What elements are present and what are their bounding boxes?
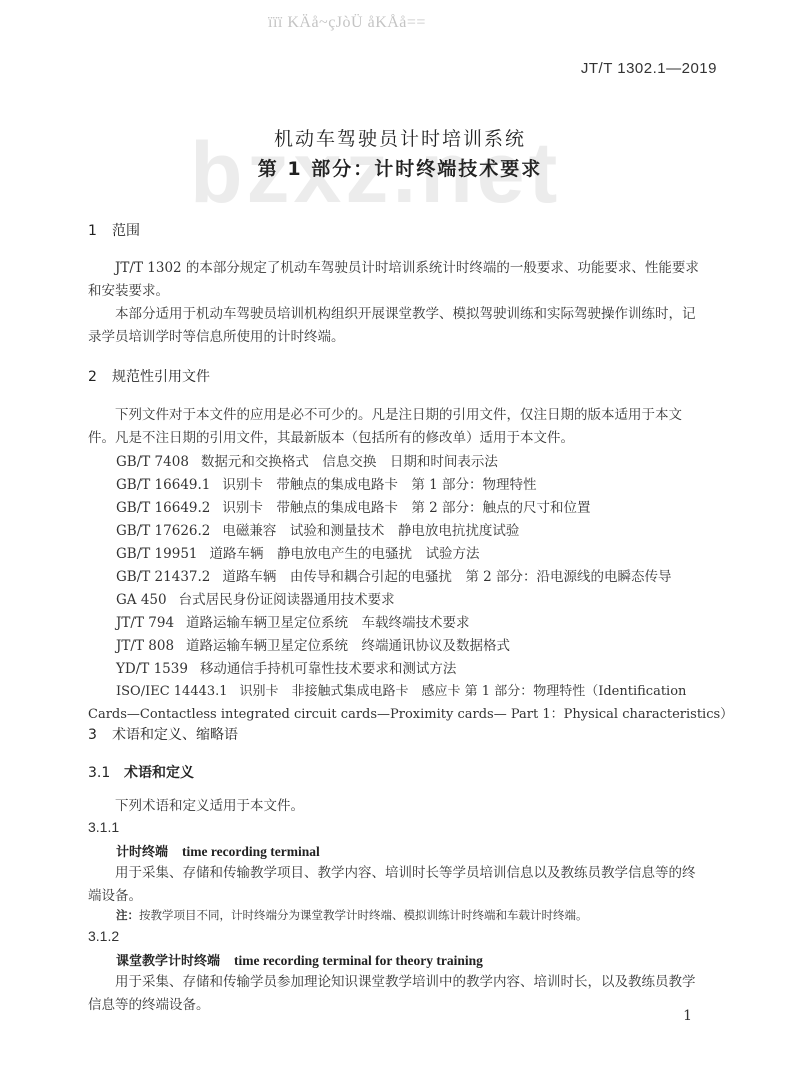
- section-number: 3: [88, 727, 112, 743]
- reference-item: GB/T 16649.2识别卡 带触点的集成电路卡 第 2 部分：触点的尺寸和位…: [116, 496, 591, 516]
- reference-code: YD/T 1539: [116, 661, 188, 677]
- term-zh: 计时终端: [116, 845, 168, 860]
- scope-para-2-line-1: 本部分适用于机动车驾驶员培训机构组织开展课堂教学、模拟驾驶训练和实际驾驶操作训练…: [88, 303, 714, 326]
- term-en: time recording terminal: [182, 844, 320, 859]
- reference-title: 移动通信手持机可靠性技术要求和测试方法: [200, 661, 457, 677]
- section-number: 1: [88, 223, 112, 239]
- reference-title: 数据元和交换格式 信息交换 日期和时间表示法: [201, 454, 498, 470]
- term-definition-line-2: 信息等的终端设备。: [88, 994, 714, 1017]
- document-subtitle: 第 1 部分：计时终端技术要求: [0, 154, 800, 181]
- section-number: 2: [88, 369, 112, 385]
- reference-title: 识别卡 带触点的集成电路卡 第 1 部分：物理特性: [222, 477, 536, 493]
- reference-title: 道路运输车辆卫星定位系统 车载终端技术要求: [186, 615, 470, 631]
- reference-title: 电磁兼容 试验和测量技术 静电放电抗扰度试验: [222, 523, 519, 539]
- reference-title: 道路运输车辆卫星定位系统 终端通讯协议及数据格式: [186, 638, 510, 654]
- term-heading: 计时终端time recording terminal: [116, 841, 320, 860]
- reference-code: GB/T 16649.1: [116, 477, 210, 493]
- standard-code: JT/T 1302.1—2019: [581, 60, 717, 77]
- references-intro-line-1: 下列文件对于本文件的应用是必不可少的。凡是注日期的引用文件，仅注日期的版本适用于…: [88, 404, 714, 427]
- term-zh: 课堂教学计时终端: [116, 954, 220, 969]
- reference-code: JT/T 808: [116, 638, 174, 654]
- reference-code: GB/T 21437.2: [116, 569, 210, 585]
- section-3-1-heading: 3.1术语和定义: [88, 762, 194, 782]
- scope-para-1-line-2: 和安装要求。: [88, 280, 714, 303]
- note-label: 注：: [116, 908, 139, 922]
- reference-title: 台式居民身份证阅读器通用技术要求: [179, 592, 395, 608]
- section-1-heading: 1范围: [88, 220, 140, 240]
- reference-item: GB/T 17626.2电磁兼容 试验和测量技术 静电放电抗扰度试验: [116, 519, 519, 539]
- scope-para-2-line-2: 录学员培训学时等信息所使用的计时终端。: [88, 326, 714, 349]
- reference-code: GA 450: [116, 592, 167, 608]
- reference-item: YD/T 1539移动通信手持机可靠性技术要求和测试方法: [116, 657, 456, 677]
- document-title: 机动车驾驶员计时培训系统: [0, 124, 800, 151]
- reference-continuation: Cards—Contactless integrated circuit car…: [88, 703, 733, 722]
- reference-title: 道路车辆 静电放电产生的电骚扰 试验方法: [210, 546, 480, 562]
- reference-item: JT/T 808道路运输车辆卫星定位系统 终端通讯协议及数据格式: [116, 634, 510, 654]
- reference-item: JT/T 794道路运输车辆卫星定位系统 车载终端技术要求: [116, 611, 470, 631]
- terms-intro: 下列术语和定义适用于本文件。: [88, 795, 714, 818]
- reference-code: GB/T 19951: [116, 546, 198, 562]
- reference-title: 道路车辆 由传导和耦合引起的电骚扰 第 2 部分：沿电源线的电瞬态传导: [222, 569, 671, 585]
- section-3-heading: 3术语和定义、缩略语: [88, 724, 238, 744]
- reference-code: GB/T 16649.2: [116, 500, 210, 516]
- section-title: 规范性引用文件: [112, 369, 210, 385]
- reference-item: GB/T 19951道路车辆 静电放电产生的电骚扰 试验方法: [116, 542, 480, 562]
- term-definition-line-1: 用于采集、存储和传输学员参加理论知识课堂教学培训中的教学内容、培训时长，以及教练…: [88, 971, 714, 994]
- reference-title: 识别卡 带触点的集成电路卡 第 2 部分：触点的尺寸和位置: [222, 500, 590, 516]
- term-heading: 课堂教学计时终端time recording terminal for theo…: [116, 950, 483, 969]
- term-note: 注：按教学项目不同，计时终端分为课堂教学计时终端、模拟训练计时终端和车载计时终端…: [116, 907, 588, 923]
- reference-code: ISO/IEC 14443.1: [116, 684, 228, 699]
- reference-item: ISO/IEC 14443.1识别卡 非接触式集成电路卡 感应卡 第 1 部分：…: [116, 680, 686, 699]
- note-text: 按教学项目不同，计时终端分为课堂教学计时终端、模拟训练计时终端和车载计时终端。: [139, 908, 588, 922]
- reference-code: GB/T 7408: [116, 454, 189, 470]
- header-garbled-text: ïïï KÄå~çJòÜ åKÅå==: [268, 14, 426, 32]
- reference-item: GB/T 21437.2道路车辆 由传导和耦合引起的电骚扰 第 2 部分：沿电源…: [116, 565, 672, 585]
- section-title: 术语和定义: [124, 765, 194, 781]
- clause-number: 3.1.1: [88, 819, 119, 835]
- reference-item: GB/T 16649.1识别卡 带触点的集成电路卡 第 1 部分：物理特性: [116, 473, 537, 493]
- term-definition-line-1: 用于采集、存储和传输教学项目、教学内容、培训时长等学员培训信息以及教练员教学信息…: [88, 862, 714, 885]
- scope-para-1-line-1: JT/T 1302 的本部分规定了机动车驾驶员计时培训系统计时终端的一般要求、功…: [88, 257, 714, 280]
- section-title: 范围: [112, 223, 140, 239]
- section-title: 术语和定义、缩略语: [112, 727, 238, 743]
- clause-number: 3.1.2: [88, 928, 119, 944]
- section-number: 3.1: [88, 765, 124, 781]
- reference-item: GB/T 7408数据元和交换格式 信息交换 日期和时间表示法: [116, 450, 498, 470]
- reference-title: 识别卡 非接触式集成电路卡 感应卡 第 1 部分：物理特性（Identifica…: [240, 684, 687, 699]
- reference-code: GB/T 17626.2: [116, 523, 210, 539]
- reference-item: GA 450台式居民身份证阅读器通用技术要求: [116, 588, 395, 608]
- references-intro-line-2: 件。凡是不注日期的引用文件，其最新版本（包括所有的修改单）适用于本文件。: [88, 427, 714, 450]
- reference-code: JT/T 794: [116, 615, 174, 631]
- term-definition-line-2: 端设备。: [88, 885, 714, 908]
- term-en: time recording terminal for theory train…: [234, 953, 483, 968]
- section-2-heading: 2规范性引用文件: [88, 366, 210, 386]
